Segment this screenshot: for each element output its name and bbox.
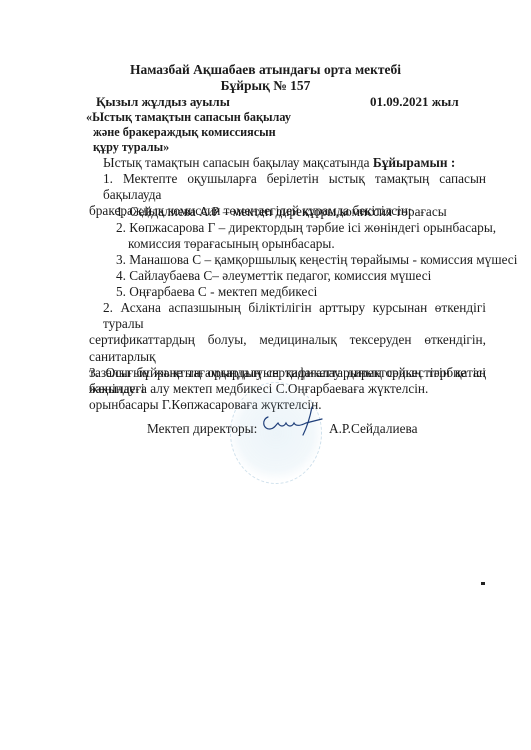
subject-line-1: «Ыстық тамақтын сапасын бақылау [86, 110, 291, 125]
order-date: 01.09.2021 жыл [370, 94, 459, 110]
member-3: 3. Манашова С – қамқоршылық кеңестің төр… [116, 252, 517, 268]
order-item-1-line-1: 1. Мектепте оқушыларға берілетін ыстық т… [89, 171, 486, 203]
intro-paragraph: Ыстық тамақтын сапасын бақылау мақсатынд… [103, 155, 455, 171]
signature-role: Мектеп директоры: [147, 421, 257, 437]
signature-name: А.Р.Сейдалиева [329, 421, 417, 437]
school-name: Намазбай Ақшабаев атындағы орта мектебі [0, 62, 531, 78]
member-5: 5. Оңғарбаева С - мектеп медбикесі [116, 284, 317, 300]
subject-line-3: құру туралы» [93, 140, 169, 155]
handwritten-signature-icon [258, 403, 328, 437]
member-2-cont: комиссия төрағасының орынбасары. [128, 236, 335, 252]
intro-text: Ыстық тамақтын сапасын бақылау мақсатынд… [103, 155, 373, 170]
village-name: Қызыл жұлдыз ауылы [96, 94, 230, 110]
order-item-2-line-1: 2. Асхана аспазшының біліктілігін арттыр… [89, 300, 486, 332]
subject-line-2: және бракераждық комиссиясын [93, 125, 276, 140]
member-4: 4. Сайлаубаева С– әлеуметтік педагог, ко… [116, 268, 431, 284]
intro-order-word: Бұйырамын : [373, 155, 455, 170]
member-1: 1. Сейдалиева А.Р – мектеп директоры,ком… [116, 204, 447, 220]
order-number: Бұйрық № 157 [0, 78, 531, 94]
order-item-2-line-2: сертификаттардың болуы, медициналық текс… [89, 332, 486, 364]
scan-speck [481, 582, 485, 585]
member-2: 2. Көпжасарова Г – директордың тәрбие іс… [116, 220, 496, 236]
